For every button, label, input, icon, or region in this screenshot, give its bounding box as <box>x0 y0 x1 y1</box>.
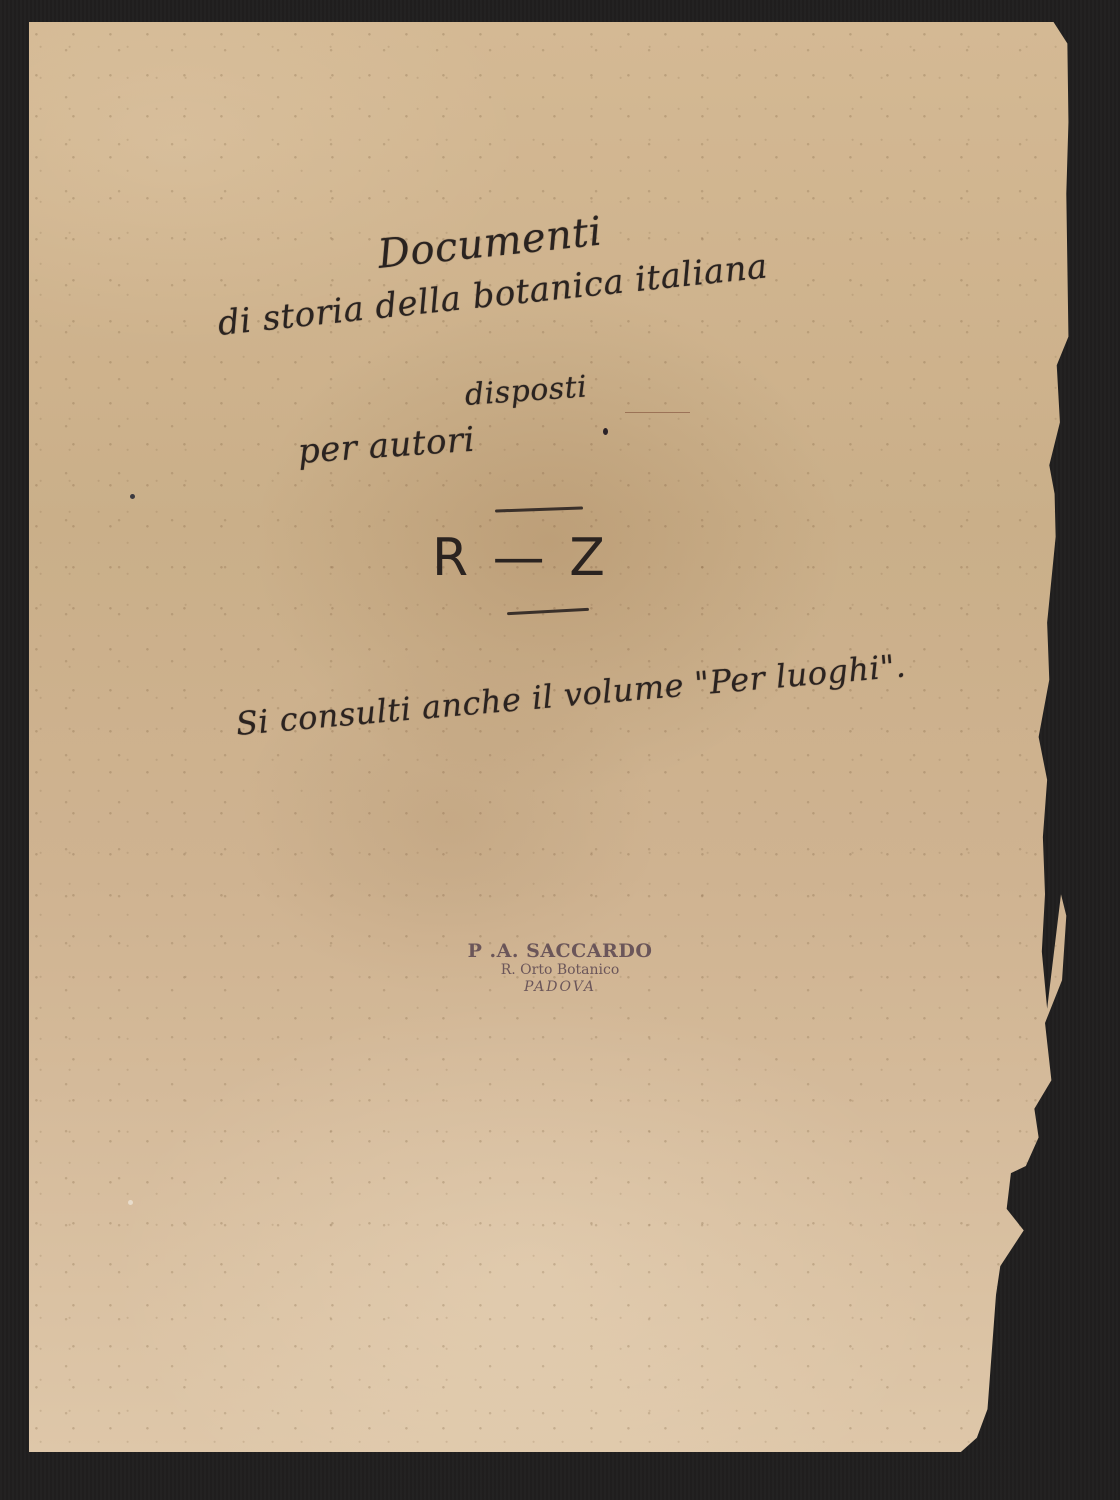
ink-speck <box>130 494 135 499</box>
stamp-city: PADOVA <box>440 979 680 995</box>
faint-rule-line <box>625 412 690 413</box>
alphabetical-range: R — Z <box>432 528 609 588</box>
ownership-stamp: P .A. SACCARDO R. Orto Botanico PADOVA <box>440 940 680 995</box>
paper-speck <box>128 1200 133 1205</box>
stamp-owner-name: P .A. SACCARDO <box>440 940 680 962</box>
stamp-institution: R. Orto Botanico <box>440 962 680 979</box>
ink-speck <box>603 428 608 435</box>
